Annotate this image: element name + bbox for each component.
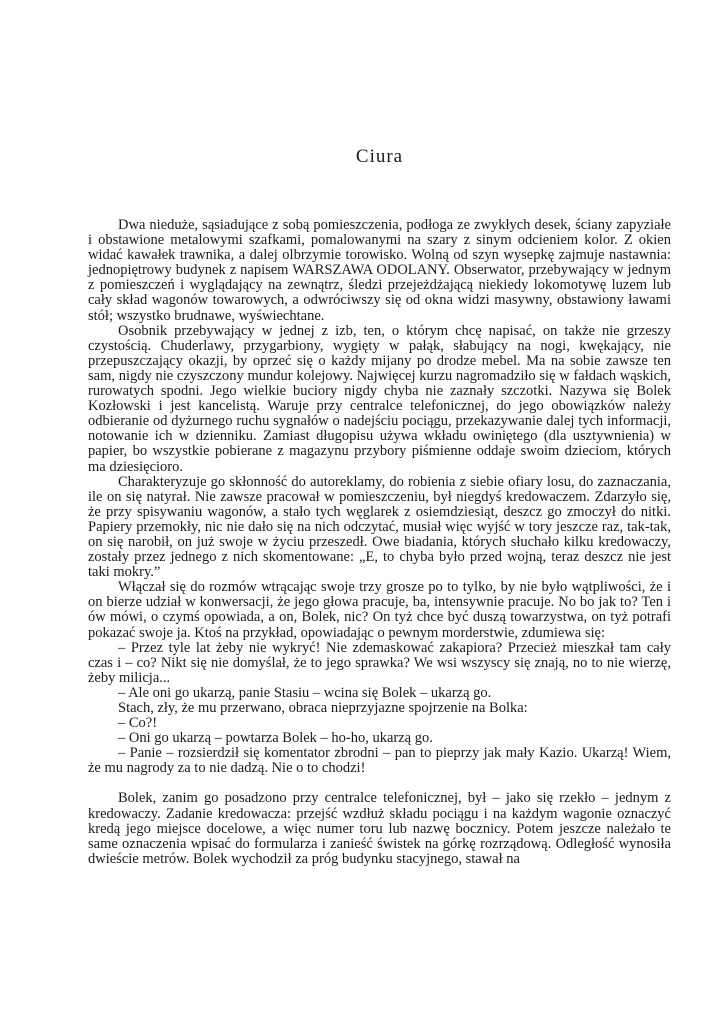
paragraph-3: Charakteryzuje go skłonność do autorekla… — [88, 475, 671, 581]
paragraph-4: Włączał się do rozmów wtrącając swoje tr… — [88, 580, 671, 640]
paragraph-dialogue-3: Stach, zły, że mu przerwano, obraca niep… — [88, 701, 671, 716]
paragraph-dialogue-2: – Ale oni go ukarzą, panie Stasiu – wcin… — [88, 686, 671, 701]
paragraph-5: Bolek, zanim go posadzono przy centralce… — [88, 791, 671, 866]
paragraph-2: Osobnik przebywający w jednej z izb, ten… — [88, 324, 671, 475]
book-page: Ciura Dwa nieduże, sąsiadujące z sobą po… — [0, 0, 724, 1024]
body-text: Dwa nieduże, sąsiadujące z sobą pomieszc… — [88, 218, 671, 867]
paragraph-dialogue-5: – Oni go ukarzą – powtarza Bolek – ho-ho… — [88, 731, 671, 746]
paragraph-dialogue-1: – Przez tyle lat żeby nie wykryć! Nie zd… — [88, 641, 671, 686]
text-block: Ciura Dwa nieduże, sąsiadujące z sobą po… — [88, 147, 671, 867]
page-title: Ciura — [88, 147, 671, 167]
paragraph-dialogue-6: – Panie – rozsierdził się komentator zbr… — [88, 746, 671, 776]
paragraph-1: Dwa nieduże, sąsiadujące z sobą pomieszc… — [88, 218, 671, 324]
paragraph-dialogue-4: – Co?! — [88, 716, 671, 731]
